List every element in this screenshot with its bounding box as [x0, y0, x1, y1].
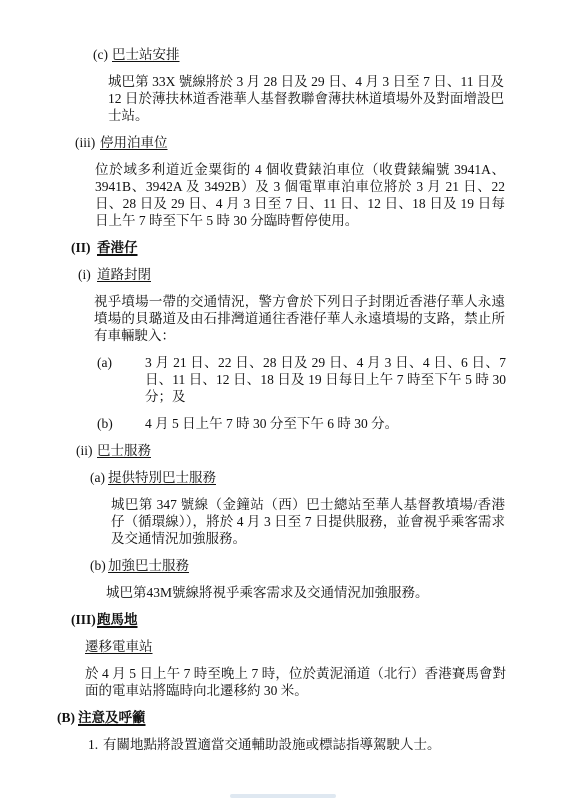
horizontal-scroll-indicator[interactable]	[230, 794, 336, 798]
heading-bus-stop-arrangement: (c)巴士站安排	[0, 46, 566, 63]
heading-special-bus-service: (a)提供特別巴士服務	[0, 469, 566, 486]
section-heading-attention-appeals: (B)注意及呼籲	[0, 709, 566, 726]
list-item-text: 3 月 21 日、22 日、28 日及 29 日、4 月 3 日、4 日、6 日…	[145, 355, 506, 404]
list-item-closure-dates-a: (a)3 月 21 日、22 日、28 日及 29 日、4 月 3 日、4 日、…	[145, 354, 506, 405]
section-label: (B)	[57, 709, 78, 726]
heading-title: 停用泊車位	[100, 135, 168, 150]
heading-title: 巴士站安排	[112, 47, 180, 62]
heading-label: (iii)	[75, 134, 100, 151]
heading-title: 遷移電車站	[85, 639, 153, 654]
list-item-label: (a)	[97, 354, 112, 371]
list-item-closure-dates-b: (b)4 月 5 日上午 7 時 30 分至下午 6 時 30 分。	[145, 415, 506, 432]
list-item-text: 4 月 5 日上午 7 時 30 分至下午 6 時 30 分。	[145, 416, 398, 431]
heading-label: (b)	[90, 557, 108, 574]
section-title: 跑馬地	[97, 612, 138, 627]
heading-strengthened-bus-service: (b)加強巴士服務	[0, 557, 566, 574]
heading-road-closure: (i)道路封閉	[0, 266, 566, 283]
paragraph-road-closure: 視乎墳場一帶的交通情況，警方會於下列日子封閉近香港仔華人永遠墳場的貝璐道及由石排…	[94, 293, 505, 344]
heading-tram-stop-relocation: 遷移電車站	[0, 638, 566, 655]
heading-label: (ii)	[76, 442, 97, 459]
heading-title: 提供特別巴士服務	[108, 470, 216, 485]
paragraph-special-bus-service: 城巴第 347 號線（金鐘站（西）巴士總站至華人基督教墳場/香港仔（循環線）），…	[111, 496, 505, 547]
section-title: 注意及呼籲	[78, 710, 146, 725]
paragraph-bus-stop-arrangement: 城巴第 33X 號線將於 3 月 28 日及 29 日、4 月 3 日至 7 日…	[108, 73, 504, 124]
list-item-label: (b)	[97, 415, 113, 432]
list-item-label: 1.	[88, 736, 98, 753]
document-page: (c)巴士站安排 城巴第 33X 號線將於 3 月 28 日及 29 日、4 月…	[0, 0, 566, 800]
section-title: 香港仔	[97, 240, 138, 255]
heading-label: (c)	[93, 46, 112, 63]
heading-title: 加強巴士服務	[108, 558, 189, 573]
section-heading-aberdeen: (II)香港仔	[0, 239, 566, 256]
heading-suspended-parking: (iii)停用泊車位	[0, 134, 566, 151]
numbered-item-traffic-aids: 1.有關地點將設置適當交通輔助設施或標誌指導駕駛人士。	[103, 736, 526, 753]
heading-label: (i)	[78, 266, 97, 283]
heading-title: 道路封閉	[97, 267, 151, 282]
heading-title: 巴士服務	[97, 443, 151, 458]
section-label: (III)	[71, 611, 97, 628]
section-heading-happy-valley: (III)跑馬地	[0, 611, 566, 628]
paragraph-tram-stop-relocation: 於 4 月 5 日上午 7 時至晚上 7 時，位於黃泥涌道（北行）香港賽馬會對面…	[85, 665, 506, 699]
paragraph-strengthened-bus-service: 城巴第43M號線將視乎乘客需求及交通情況加強服務。	[106, 584, 526, 601]
paragraph-suspended-parking: 位於域多利道近金粟街的 4 個收費錶泊車位（收費錶編號 3941A、3941B、…	[95, 161, 505, 229]
section-label: (II)	[71, 239, 97, 256]
list-item-text: 有關地點將設置適當交通輔助設施或標誌指導駕駛人士。	[103, 737, 441, 752]
heading-label: (a)	[90, 469, 108, 486]
heading-bus-services: (ii)巴士服務	[0, 442, 566, 459]
